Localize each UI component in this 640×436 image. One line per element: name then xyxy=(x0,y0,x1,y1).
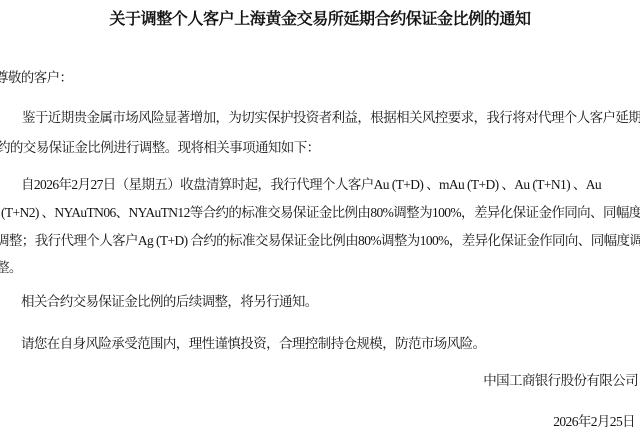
salutation: 尊敬的客户： xyxy=(0,70,72,86)
paragraph-2-line-4: 整。 xyxy=(0,260,22,276)
notice-document-page: 关于调整个人客户上海黄金交易所延期合约保证金比例的通知 尊敬的客户： 鉴于近期贵… xyxy=(0,0,640,436)
paragraph-2-line-2: (T+N2) 、NYAuTN06、NYAuTN12等合约的标准交易保证金比例由8… xyxy=(1,205,640,221)
paragraph-1-line-2: 约的交易保证金比例进行调整。现将相关事项通知如下： xyxy=(0,140,320,156)
paragraph-2-line-1: 自2026年2月27日（星期五）收盘清算时起，我行代理个人客户Au (T+D) … xyxy=(21,177,601,193)
paragraph-2-line-3: 调整；我行代理个人客户Ag (T+D) 合约的标准交易保证金比例由80%调整为1… xyxy=(0,233,640,249)
issue-date: 2026年2月25日 xyxy=(553,414,635,430)
paragraph-3: 相关合约交易保证金比例的后续调整，将另行通知。 xyxy=(21,294,318,310)
paragraph-1-line-1: 鉴于近期贵金属市场风险显著增加，为切实保护投资者利益，根据相关风控要求，我行将对… xyxy=(22,110,640,126)
document-title: 关于调整个人客户上海黄金交易所延期合约保证金比例的通知 xyxy=(0,10,640,29)
issuer-signature: 中国工商银行股份有限公司 xyxy=(483,373,638,389)
paragraph-4: 请您在自身风险承受范围内，理性谨慎投资，合理控制持仓规模，防范市场风险。 xyxy=(21,336,485,352)
